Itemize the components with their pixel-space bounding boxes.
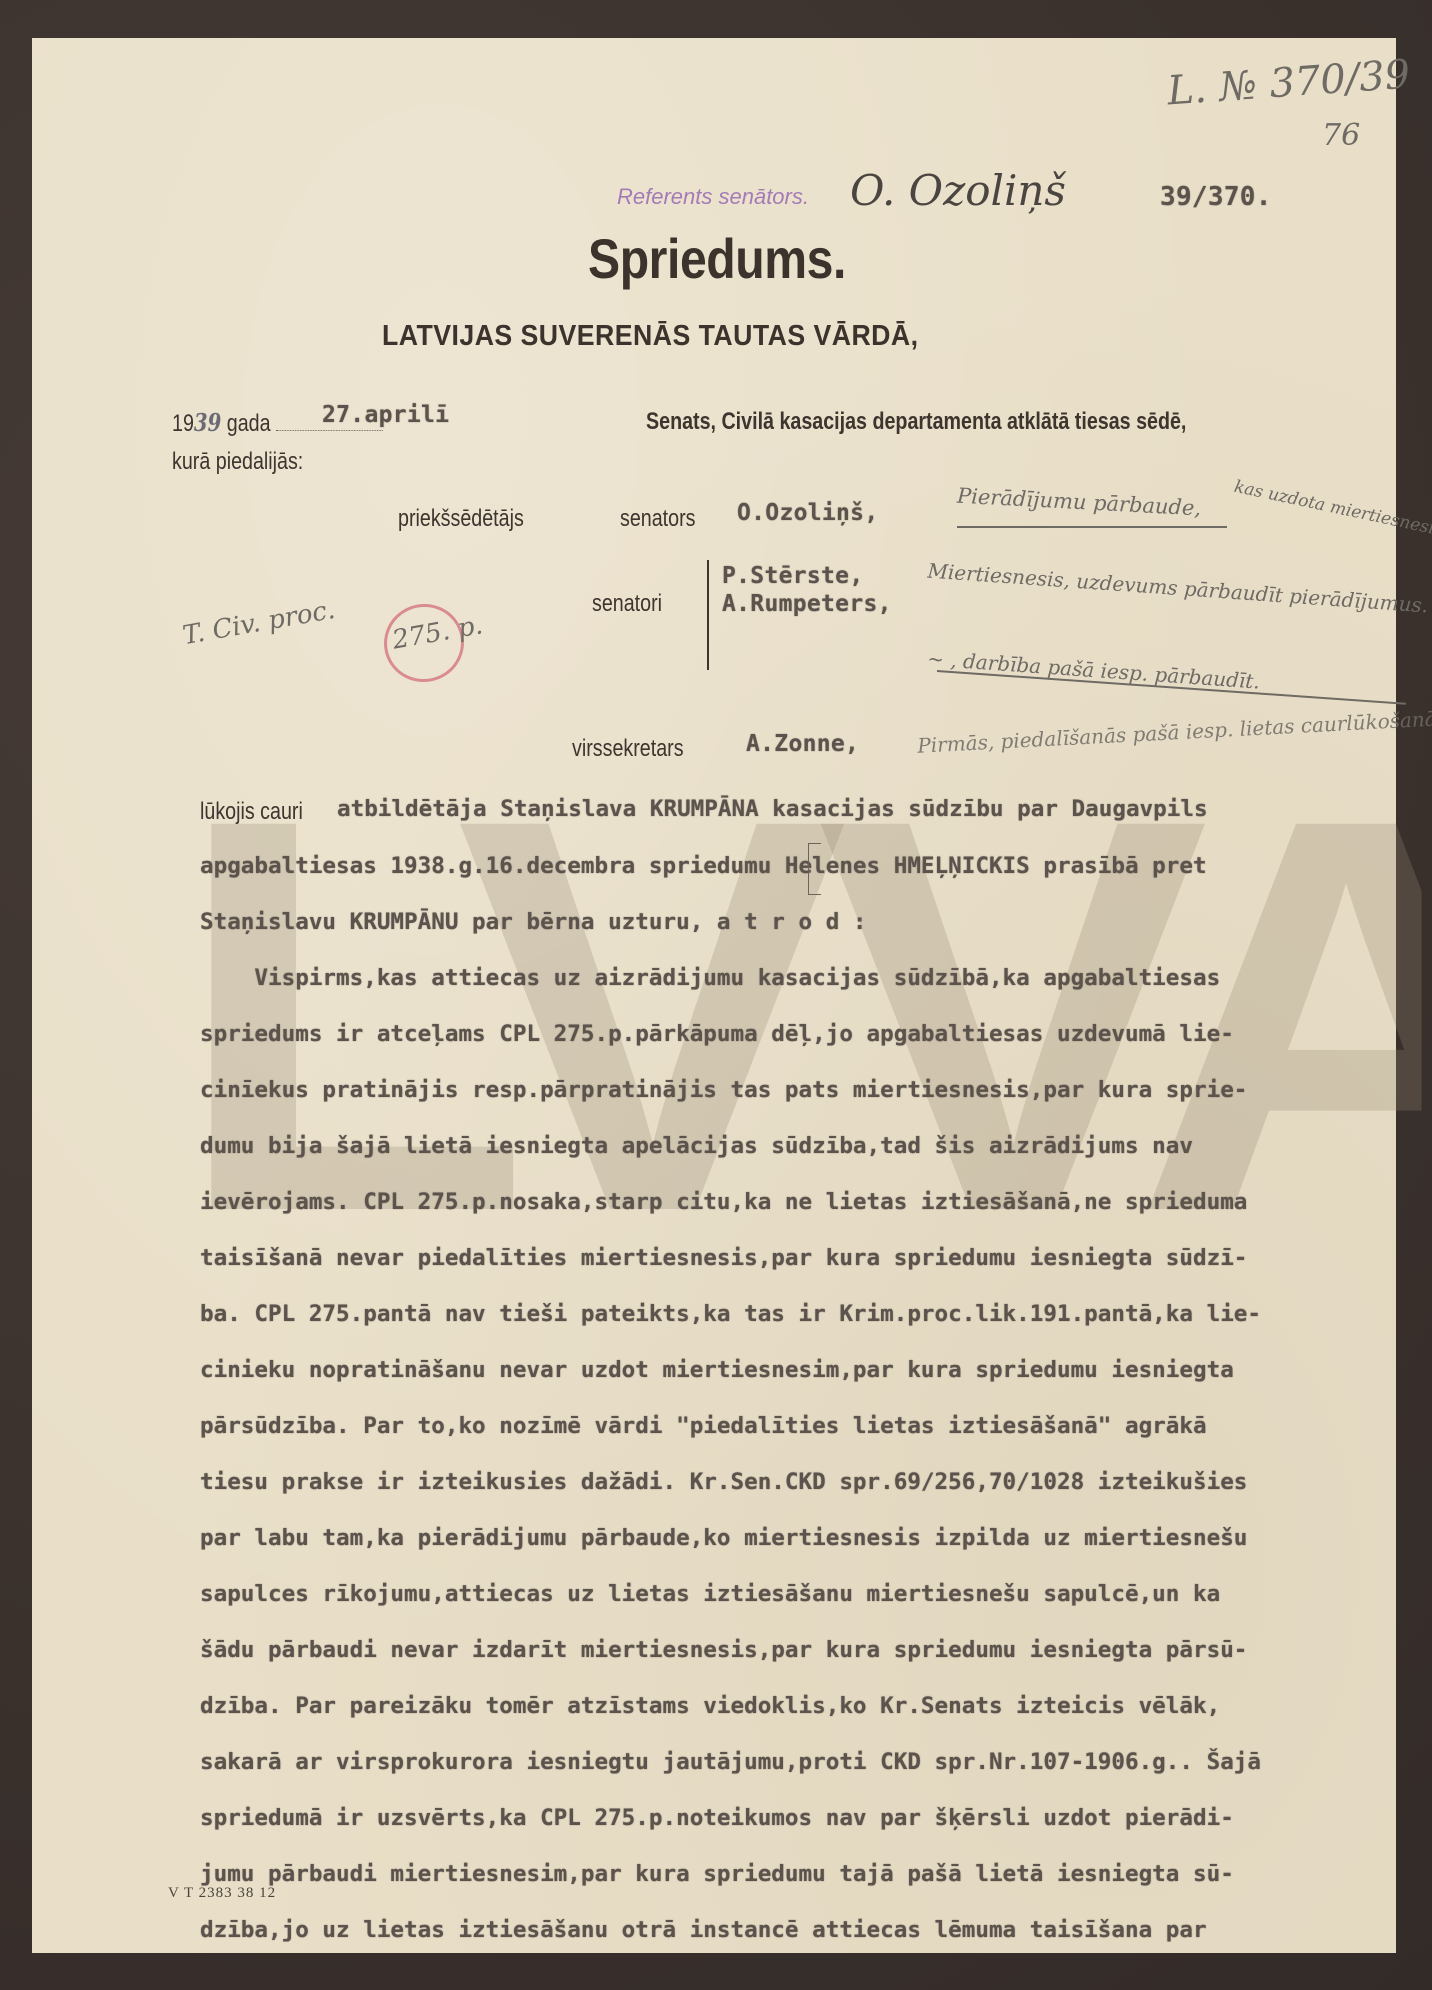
body-line: cinieku nopratināšanu nevar uzdot mierti… (200, 1357, 1234, 1383)
secretary-label: virssekretars (572, 735, 684, 763)
handwritten-note-4-struck: ~ , darbība pašā iesp. pārbaudīt. (927, 646, 1261, 693)
court-name: Senats, Civilā kasacijas departamenta at… (646, 408, 1186, 436)
body-line: spriedumā ir uzsvērts,ka CPL 275.p.notei… (200, 1805, 1234, 1831)
handwritten-note-2: kas uzdota miertiesnesim. (1232, 477, 1432, 543)
year-suffix: 39 (194, 408, 221, 437)
body-line: ievērojams. CPL 275.p.nosaka,starp citu,… (200, 1189, 1247, 1215)
file-number: 39/370. (1160, 182, 1272, 212)
body-line: taisīšanā nevar piedalīties miertiesnesi… (200, 1245, 1247, 1271)
body-line: cinīekus pratinājis resp.pārpratinājis t… (200, 1077, 1247, 1103)
session-date: 27.aprilī (322, 402, 449, 428)
senator-name-1: P.Stērste, (722, 563, 863, 589)
archive-case-number: L. № 370/39 (1166, 52, 1412, 115)
print-code: V T 2383 38 12 (168, 1885, 276, 1902)
handwritten-bracket (808, 843, 821, 895)
body-line: jumu pārbaudi miertiesnesim,par kura spr… (200, 1861, 1234, 1887)
participants-label: kurā piedalijās: (172, 448, 303, 476)
body-intro-label: lūkojis cauri (200, 798, 303, 826)
senators-label: senatori (592, 590, 662, 618)
year-label: gada (227, 410, 271, 437)
body-line: spriedums ir atceļams CPL 275.p.pārkāpum… (200, 1021, 1234, 1047)
body-line: šādu pārbaudi nevar izdarīt miertiesnesi… (200, 1637, 1247, 1663)
body-line: ba. CPL 275.pantā nav tieši pateikts,ka … (200, 1301, 1261, 1327)
chair-role: priekšsēdētājs (398, 505, 524, 533)
body-line: par labu tam,ka pierādijumu pārbaude,ko … (200, 1525, 1247, 1551)
handwritten-note-3: Miertiesnesis, uzdevums pārbaudīt pierād… (927, 559, 1429, 618)
document-page: LVVA L. № 370/39 76 Referents senātors. … (32, 38, 1396, 1953)
chair-name: O.Ozoliņš, (737, 500, 878, 526)
body-line: Staņislavu KRUMPĀNU par bērna uzturu, a … (200, 909, 867, 935)
body-line: dzība. Par pareizāku tomēr atzīstams vie… (200, 1693, 1220, 1719)
note-underline (957, 526, 1227, 528)
senator-name-2: A.Rumpeters, (722, 591, 892, 617)
document-title: Spriedums. (588, 226, 846, 291)
body-line: atbildētāja Staņislava KRUMPĀNA kasacija… (337, 796, 1208, 822)
secretary-name: A.Zonne, (746, 731, 859, 757)
body-line: apgabaltiesas 1938.g.16.decembra spriedu… (200, 853, 1207, 879)
year-prefix: 19 (172, 410, 194, 437)
referent-signature: O. Ozoliņš (850, 166, 1066, 215)
body-line: dzība,jo uz lietas iztiesāšanu otrā inst… (200, 1917, 1207, 1943)
chair-title: senators (620, 505, 695, 533)
body-line: tiesu prakse ir izteikusies dažādi. Kr.S… (200, 1469, 1247, 1495)
referent-stamp: Referents senātors. (617, 184, 809, 210)
body-line: dumu bija šajā lietā iesniegta apelācija… (200, 1133, 1193, 1159)
body-line: Vispirms,kas attiecas uz aizrādijumu kas… (200, 965, 1220, 991)
body-line: pārsūdzība. Par to,ko nozīmē vārdi "pied… (200, 1413, 1207, 1439)
body-line: sapulces rīkojumu,attiecas uz lietas izt… (200, 1581, 1220, 1607)
senators-brace (707, 560, 717, 670)
document-subtitle: LATVIJAS SUVERENĀS TAUTAS VĀRDĀ, (382, 320, 919, 353)
margin-note: T. Civ. proc. (181, 595, 338, 651)
handwritten-note-5: Pirmās, piedalīšanās pašā iesp. lietas c… (917, 706, 1432, 758)
archive-page-number: 76 (1322, 118, 1360, 153)
handwritten-note-1: Pierādījumu pārbaude, (957, 484, 1202, 521)
body-line: sakarā ar virsprokurora iesniegtu jautāj… (200, 1749, 1261, 1775)
